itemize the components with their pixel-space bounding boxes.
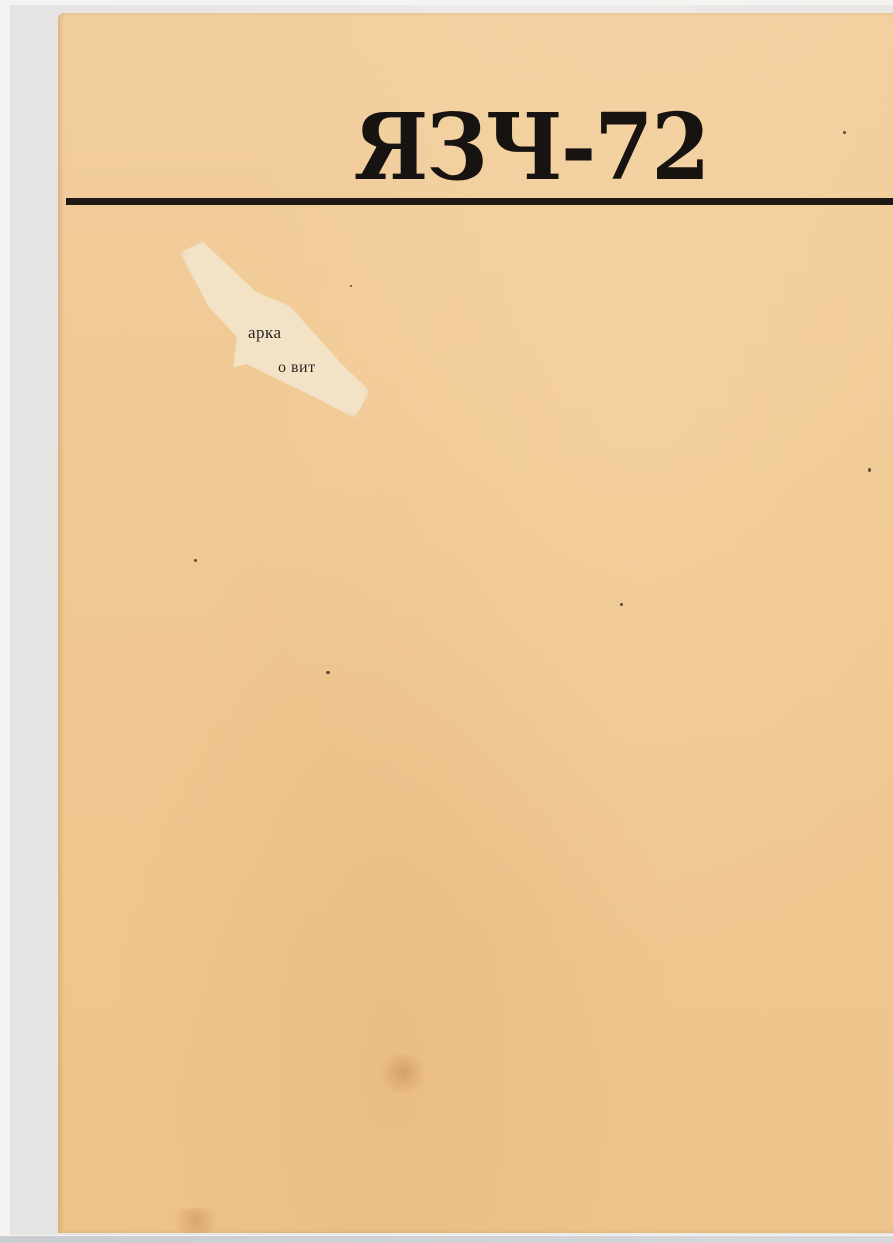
paper-stain [378,1053,428,1093]
paper-speck [326,671,330,674]
paper-speck [868,468,871,472]
paper-speck [194,559,197,562]
torn-fragment-line-1: арка [248,323,282,343]
paper-stain [166,1208,226,1233]
paper-speck [350,285,352,287]
paper-speck [843,131,846,134]
paper-speck [620,603,623,606]
title-underline-rule [66,198,893,205]
cover-title: ЯЗЧ-72 [354,101,667,193]
torn-fragment-line-2: о вит [278,359,316,377]
scan-bottom-edge [0,1236,893,1243]
book-cover: ЯЗЧ-72 арка о вит [58,13,893,1233]
